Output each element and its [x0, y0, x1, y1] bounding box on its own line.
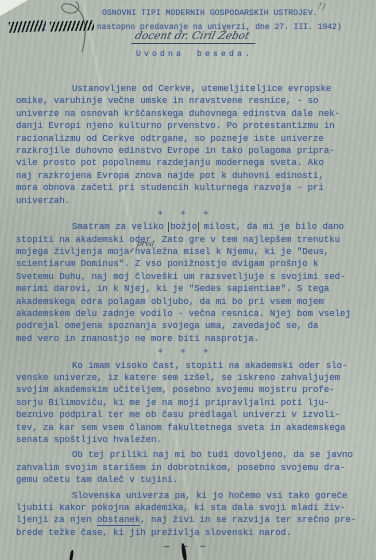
- text-line: Slovenska univerza pa, ki jo hočemo vsi …: [16, 490, 356, 502]
- text-line: stopiti na akademski oder. Zato gre v te…: [16, 234, 356, 246]
- bottom-edge-ink-mark: [69, 550, 74, 560]
- text-line: mora obnova začeti pri studencih kulturn…: [16, 182, 356, 194]
- text-line: danji Evropi njeno kulturno prvenstvo. P…: [16, 120, 356, 132]
- handwritten-author-name: docent dr. Ciril Žebot: [131, 30, 258, 44]
- text-line: akademskega odra polagam obljubo, da mi …: [16, 296, 356, 308]
- document-body: Ustanovljene od Cerkve, utemeljiteljice …: [16, 83, 356, 554]
- text-line: scientiarum Dominus". Z vso ponižnostjo …: [16, 258, 356, 270]
- text-line: sorju Bilimoviču, ki me je na moji pripr…: [16, 397, 356, 409]
- text-line: univerze na osnovah krščanskega duhovneg…: [16, 108, 356, 120]
- handwritten-insertion: prva: [136, 239, 155, 248]
- text-line: beznivo podpiral ter me ob času predlaga…: [16, 409, 356, 421]
- section-heading: Uvodna beseda.: [136, 50, 253, 59]
- ink-scribble-crossout: [50, 20, 94, 32]
- text-line: podrejal omejena spoznanja svojega uma, …: [16, 320, 356, 332]
- section-separator: + + +: [16, 208, 356, 220]
- text-line: racionalizmu od Cerkve odtrgane, so pozn…: [16, 133, 356, 145]
- text-line: ljenji za njen obstanek, naj živi in se …: [16, 514, 356, 526]
- text-line: merimi darovi, in k Njej, ki je "Sedes s…: [16, 283, 356, 295]
- text-line: gemu očetu tam daleč v tujini.: [16, 474, 356, 486]
- text-line: med vero in znanostjo ne more biti naspr…: [16, 333, 356, 345]
- text-line: omike, varuhinje večne umske in nravstve…: [16, 95, 356, 107]
- text-line: Ko imam visoko čast, stopiti na akademsk…: [16, 360, 356, 372]
- annotated-word: obstanek: [97, 515, 140, 526]
- annotated-word: hvaležnaprva: [135, 247, 178, 257]
- text-line: vile prosto pot popolnemu razdejanju mod…: [16, 157, 356, 169]
- text-line: Ob tej priliki naj mi bo tudi dovoljeno,…: [16, 449, 356, 461]
- annotated-word: božjo: [168, 222, 199, 232]
- scanned-document-page: OSNOVNI TIPI MODERNIH GOSPODARSKIH USTRO…: [0, 0, 376, 560]
- text-line: mojega življenja moja hvaležnaprva misel…: [16, 246, 356, 258]
- text-line: Ustanovljene od Cerkve, utemeljiteljice …: [16, 83, 356, 95]
- text-line: univerzah.: [16, 195, 356, 207]
- pencil-scribble-left-margin: [9, 20, 47, 33]
- text-line: akademskem delu zadnje vodilo - večna re…: [16, 308, 356, 320]
- document-title: OSNOVNI TIPI MODERNIH GOSPODARSKIH USTRO…: [102, 9, 318, 18]
- paper-corner-highlight: [0, 0, 28, 16]
- text-line: Smatram za veliko božjo milost, da mi je…: [16, 221, 356, 233]
- text-line: venske univerze, iz katere sem izšel, se…: [16, 372, 356, 384]
- subtitle-open-paren: (: [42, 23, 47, 32]
- text-line: tev, za kar sem vsem članom fakultetnega…: [16, 422, 356, 434]
- paragraph: Ko imam visoko čast, stopiti na akademsk…: [16, 360, 356, 447]
- text-line: brede težke čase, ki jih preživlja slove…: [16, 527, 356, 539]
- paragraph: Ustanovljene od Cerkve, utemeljiteljice …: [16, 83, 356, 207]
- text-line: razkrojile duhovno edinstvo Evrope in ta…: [16, 145, 356, 157]
- paragraph: Ob tej priliki naj mi bo tudi dovoljeno,…: [16, 449, 356, 486]
- text-line: svojim akademskim učiteljem, posebno svo…: [16, 384, 356, 396]
- paragraph: Smatram za veliko božjo milost, da mi je…: [16, 221, 356, 345]
- text-line: zahvalim svojim starišem in dobrotnikom,…: [16, 462, 356, 474]
- section-separator: + + +: [16, 346, 356, 358]
- text-line: senata spoštljivo hvaležen.: [16, 434, 356, 446]
- paragraph: Slovenska univerza pa, ki jo hočemo vsi …: [16, 490, 356, 540]
- text-line: Svetemu Duhu, naj moj človeški um razsve…: [16, 271, 356, 283]
- text-line: ljubiti kakor pokojna akademika, ki sta …: [16, 502, 356, 514]
- pencil-mark-top-right: !): [317, 1, 326, 12]
- text-line: naj razkrojena Evropa znova najde pot k …: [16, 170, 356, 182]
